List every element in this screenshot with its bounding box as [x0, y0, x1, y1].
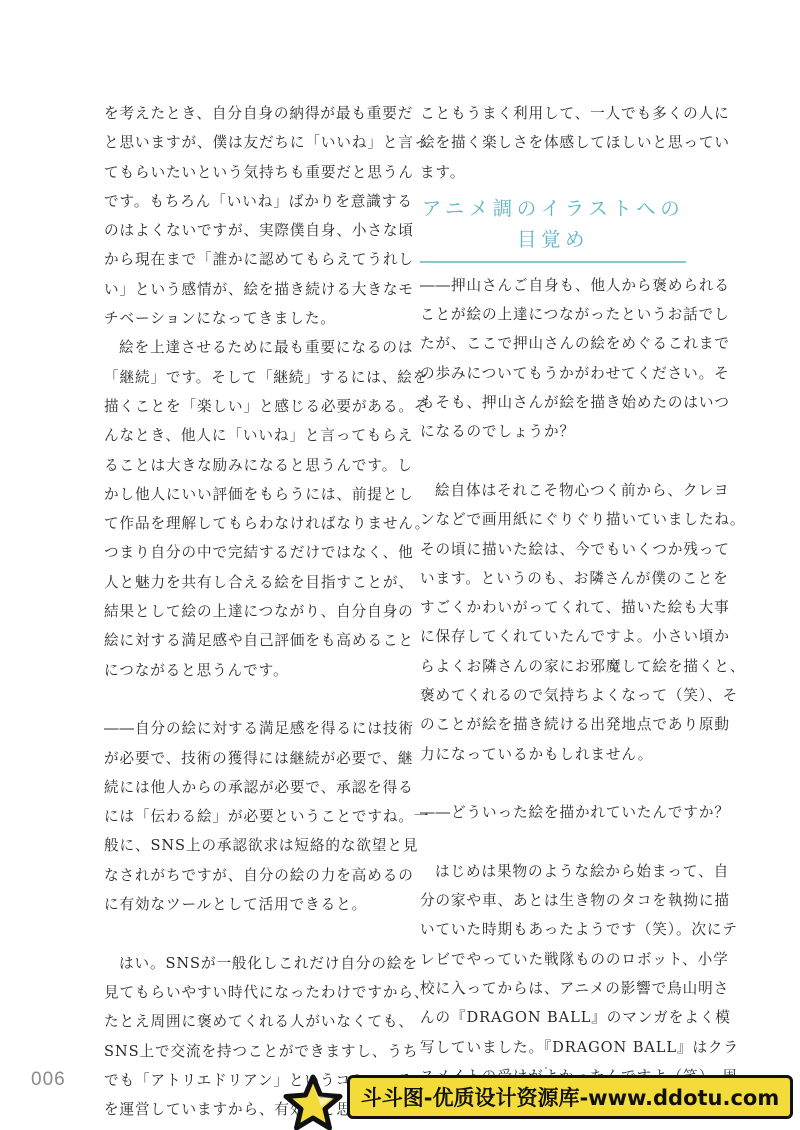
- text-line: 褒めてくれるので気持ちよくなって（笑）、そ: [420, 681, 692, 710]
- text-line: になるのでしょうか？: [420, 417, 692, 446]
- text-line: んなとき、他人に「いいね」と言ってもらえ: [104, 421, 376, 450]
- text-line: はじめは果物のような絵から始まって、自: [420, 857, 692, 886]
- center-mark: [545, 1067, 547, 1069]
- text-line: から現在まで「誰かに認めてもらえてうれし: [104, 245, 376, 274]
- text-line: かし他人にいい評価をもらうには、前提とし: [104, 480, 376, 509]
- text-line: たが、ここで押山さんの絵をめぐるこれまで: [420, 329, 692, 358]
- text-line: 人と魅力を共有し合える絵を目指すことが、: [104, 568, 376, 597]
- text-line: 見てもらいやすい時代になったわけですから、: [104, 978, 376, 1007]
- text-line: ることは大きな励みになると思うんです。し: [104, 451, 376, 480]
- text-line: ことが絵の上達につながったというお話でし: [420, 300, 692, 329]
- text-line: には「伝わる絵」が必要ということですね。一: [104, 802, 376, 831]
- section-heading-line-1: アニメ調のイラストへの: [420, 193, 686, 224]
- text-line: に有効なツールとして活用できると。: [104, 890, 376, 919]
- text-line: ンなどで画用紙にぐりぐり描いていましたね。: [420, 505, 692, 534]
- text-line: の歩みについてもうかがわせてください。そ: [420, 359, 692, 388]
- text-line: 絵自体はそれこそ物心つく前から、クレヨ: [420, 476, 692, 505]
- watermark-banner: 斗斗图-优质设计资源库-www.ddotu.com: [347, 1075, 793, 1119]
- right-column: こともうまく利用して、一人でも多くの人に絵を描く楽しさを体感してほしいと思ってい…: [420, 99, 692, 1121]
- heading-underline-divider: [420, 261, 686, 263]
- paragraph-gap: [420, 828, 692, 857]
- text-line: のことが絵を描き続ける出発地点であり原動: [420, 710, 692, 739]
- text-line: に保存してくれていたんですよ。小さい頃か: [420, 622, 692, 651]
- text-line: 力になっているかもしれません。: [420, 740, 692, 769]
- text-line: です。もちろん「いいね」ばかりを意識する: [104, 187, 376, 216]
- text-line: 絵に対する満足感や自己評価をも高めること: [104, 626, 376, 655]
- text-line: てもらいたいという気持ちも重要だと思うん: [104, 158, 376, 187]
- text-line: が必要で、技術の獲得には継続が必要で、継: [104, 744, 376, 773]
- text-line: はい。SNSが一般化しこれだけ自分の絵を: [104, 949, 376, 978]
- text-line: います。というのも、お隣さんが僕のことを: [420, 564, 692, 593]
- text-line: 結果として絵の上達につながり、自分自身の: [104, 597, 376, 626]
- text-line: 分の家や車、あとは生き物のタコを執拗に描: [420, 886, 692, 915]
- text-line: い」という感情が、絵を描き続ける大きなモ: [104, 275, 376, 304]
- text-line: と思いますが、僕は友だちに「いいね」と言っ: [104, 128, 376, 157]
- text-line: ます。: [420, 158, 692, 187]
- text-line: ――自分の絵に対する満足感を得るには技術: [104, 714, 376, 743]
- star-icon: [282, 1074, 344, 1130]
- text-line: のはよくないですが、実際僕自身、小さな頃: [104, 216, 376, 245]
- text-line: たとえ周囲に褒めてくれる人がいなくても、: [104, 1007, 376, 1036]
- text-line: 絵を上達させるために最も重要になるのは: [104, 333, 376, 362]
- text-line: ――どういった絵を描かれていたんですか？: [420, 798, 692, 827]
- text-line: 写していました。『DRAGON BALL』はクラ: [420, 1033, 692, 1062]
- section-heading: アニメ調のイラストへの 目覚め: [420, 193, 686, 255]
- text-line: て作品を理解してもらわなければなりません。: [104, 509, 376, 538]
- text-line: 般に、SNS上の承認欲求は短絡的な欲望と見: [104, 831, 376, 860]
- text-line: すごくかわいがってくれて、描いた絵も大事: [420, 593, 692, 622]
- text-line: んの『DRAGON BALL』のマンガをよく模: [420, 1003, 692, 1032]
- watermark-text: 斗斗图-优质设计资源库-www.ddotu.com: [361, 1082, 779, 1112]
- text-line: を考えたとき、自分自身の納得が最も重要だ: [104, 99, 376, 128]
- text-line: つまり自分の中で完結するだけではなく、他: [104, 538, 376, 567]
- text-line: レビでやっていた戦隊もののロボット、小学: [420, 945, 692, 974]
- paragraph-gap: [420, 769, 692, 798]
- text-line: SNS上で交流を持つことができますし、うち: [104, 1037, 376, 1066]
- left-column: を考えたとき、自分自身の納得が最も重要だと思いますが、僕は友だちに「いいね」と言…: [104, 99, 376, 1124]
- text-line: 描くことを「楽しい」と感じる必要がある。そ: [104, 392, 376, 421]
- text-line: 絵を描く楽しさを体感してほしいと思ってい: [420, 128, 692, 157]
- text-line: らよくお隣さんの家にお邪魔して絵を描くと、: [420, 652, 692, 681]
- page-number: 006: [31, 1069, 66, 1091]
- text-line: ――押山さんご自身も、他人から褒められる: [420, 271, 692, 300]
- text-line: いていた時期もあったようです（笑）。次にテ: [420, 915, 692, 944]
- text-line: なされがちですが、自分の絵の力を高めるの: [104, 861, 376, 890]
- paragraph-gap: [104, 919, 376, 948]
- right-column-intro: こともうまく利用して、一人でも多くの人に絵を描く楽しさを体感してほしいと思ってい…: [420, 99, 692, 187]
- text-line: もそも、押山さんが絵を描き始めたのはいつ: [420, 388, 692, 417]
- text-line: 校に入ってからは、アニメの影響で鳥山明さ: [420, 974, 692, 1003]
- text-line: 「継続」です。そして「継続」するには、絵を: [104, 363, 376, 392]
- text-line: につながると思うんです。: [104, 656, 376, 685]
- paragraph-gap: [104, 685, 376, 714]
- text-line: 続には他人からの承認が必要で、承認を得る: [104, 773, 376, 802]
- text-line: チベーションになってきました。: [104, 304, 376, 333]
- text-line: その頃に描いた絵は、今でもいくつか残って: [420, 535, 692, 564]
- right-column-body: ――押山さんご自身も、他人から褒められることが絵の上達につながったというお話でし…: [420, 271, 692, 1121]
- text-line: こともうまく利用して、一人でも多くの人に: [420, 99, 692, 128]
- paragraph-gap: [420, 447, 692, 476]
- section-heading-line-2: 目覚め: [420, 224, 686, 255]
